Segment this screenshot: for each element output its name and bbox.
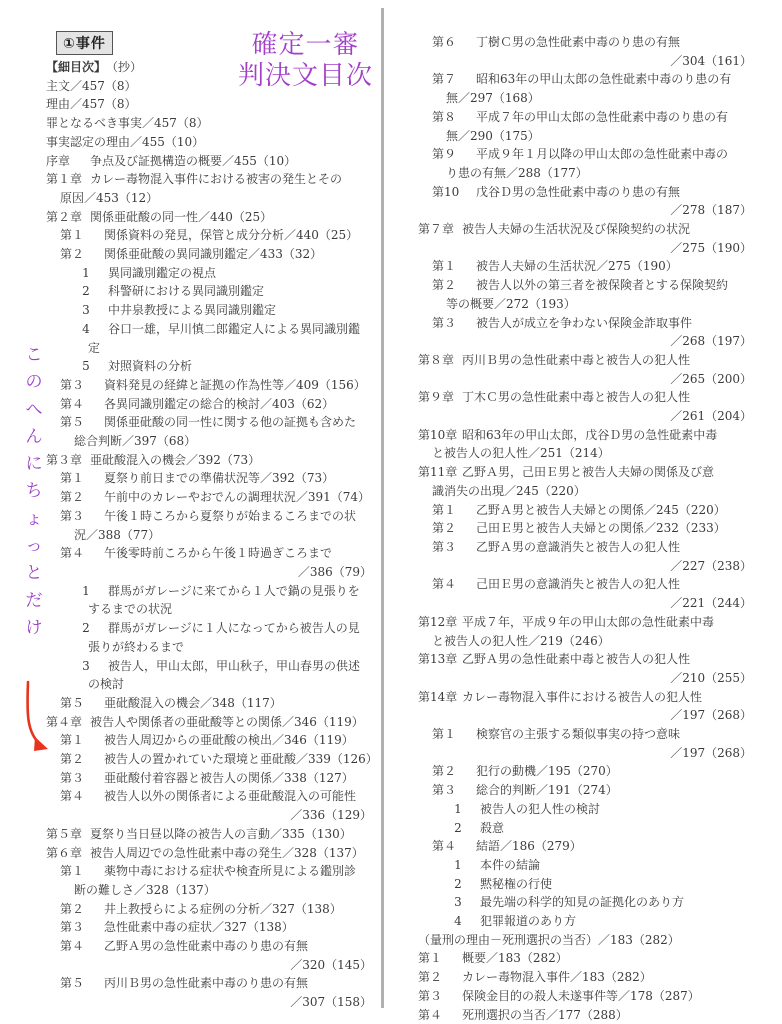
side-note-char: だ	[22, 588, 46, 615]
toc-entry-label: 4	[446, 912, 470, 931]
toc-entry-label: 第２	[432, 762, 476, 781]
toc-entry-label: 第１	[60, 731, 104, 750]
toc-entry-label: 第５章	[46, 825, 90, 844]
toc-entry: 第４各異同識別鑑定の総合的検討／403（62）	[46, 395, 376, 414]
toc-entry-text: と被告人の犯人性／251（214）	[432, 446, 610, 460]
toc-entry: 第６丁樹Ｃ男の急性砒素中毒のり患の有無	[418, 33, 756, 52]
toc-entry-label: 第４章	[46, 713, 90, 732]
toc-entry: 無／290（175）	[418, 127, 756, 146]
toc-entry-label: 3	[446, 893, 470, 912]
side-note-char: の	[22, 369, 46, 396]
toc-entry: 3被告人，甲山太郎，甲山秋子，甲山春男の供述	[46, 657, 376, 676]
toc-entry-label: 第２	[60, 750, 104, 769]
toc-entry-label: 第２	[60, 488, 104, 507]
toc-entry-label: 2	[446, 875, 470, 894]
toc-entry-text: （抄）	[106, 60, 142, 74]
toc-entry-text: 概要／183（282）	[462, 951, 568, 965]
toc-entry: 第２被告人の置かれていた環境と亜砒酸／339（126）	[46, 750, 376, 769]
toc-entry: 2科警研における異同識別鑑定	[46, 282, 376, 301]
toc-entry-text: 午後１時ころから夏祭りが始まるころまでの状	[104, 509, 356, 523]
toc-entry-text: ／320（145）	[290, 958, 372, 972]
toc-entry-text: ／307（158）	[290, 995, 372, 1009]
toc-entry-text: 関係亜砒酸の異同識別鑑定／433（32）	[104, 247, 322, 261]
toc-entry: 第10戊谷Ｄ男の急性砒素中毒のり患の有無	[418, 183, 756, 202]
toc-entry-text: 争点及び証拠構造の概要／455（10）	[90, 154, 296, 168]
toc-entry-text: カレー毒物混入事件における被告人の犯人性	[462, 690, 702, 704]
toc-entry-text: 亜砒酸付着容器と被告人の関係／338（127）	[104, 771, 354, 785]
toc-entry-label: 5	[74, 357, 98, 376]
toc-entry-text: 定	[88, 341, 100, 355]
toc-list-left: 【細目次】（抄）主文／457（8）理由／457（8）罪となるべき事実／457（8…	[46, 58, 376, 1012]
toc-entry-label: 第２	[60, 900, 104, 919]
toc-entry-label: 第４	[418, 1006, 462, 1024]
toc-entry-text: 被告人以外の第三者を被保険者とする保険契約	[476, 278, 728, 292]
toc-entry-label: 第８章	[418, 351, 462, 370]
toc-entry-text: ／265（200）	[670, 372, 752, 386]
side-note-char: こ	[22, 342, 46, 369]
toc-entry: 第４被告人以外の関係者による亜砒酸混入の可能性	[46, 787, 376, 806]
toc-entry-label: 第13章	[418, 650, 462, 669]
toc-entry: 【細目次】（抄）	[46, 58, 376, 77]
toc-entry: 断の難しさ／328（137）	[46, 881, 376, 900]
toc-entry: ／386（79）	[46, 563, 376, 582]
toc-entry-text: 最先端の科学的知見の証拠化のあり方	[480, 895, 684, 909]
toc-entry-text: 関係資料の発見，保管と成分分析／440（25）	[104, 228, 358, 242]
toc-entry-text: 犯罪報道のあり方	[480, 914, 576, 928]
toc-entry-label: 1	[446, 800, 470, 819]
toc-entry: 第13章乙野Ａ男の急性砒素中毒と被告人の犯人性	[418, 650, 756, 669]
toc-entry-label: 序章	[46, 152, 90, 171]
toc-entry: ／307（158）	[46, 993, 376, 1012]
side-note-char: へ	[22, 397, 46, 424]
toc-entry: 第５関係亜砒酸の同一性に関する他の証拠も含めた	[46, 413, 376, 432]
toc-entry-text: 結語／186（279）	[476, 839, 582, 853]
toc-entry: 識消失の出現／245（220）	[418, 482, 756, 501]
toc-entry-text: 被告人周辺での急性砒素中毒の発生／328（137）	[90, 846, 364, 860]
toc-entry-label: 第３	[418, 987, 462, 1006]
toc-right-column: 第６丁樹Ｃ男の急性砒素中毒のり患の有無／304（161）第７昭和63年の甲山太郎…	[418, 33, 756, 1024]
toc-entry-text: 亜砒酸混入の機会／392（73）	[90, 453, 260, 467]
toc-entry-text: 断の難しさ／328（137）	[74, 883, 216, 897]
toc-entry: 第１薬物中毒における症状や検査所見による鑑別診	[46, 862, 376, 881]
toc-entry-text: カレー毒物混入事件における被害の発生とその	[90, 172, 342, 186]
toc-entry-label: 第１	[432, 501, 476, 520]
toc-entry-label: 第３	[432, 314, 476, 333]
toc-entry: 2群馬がガレージに１人になってから被告人の見	[46, 619, 376, 638]
toc-entry-text: 被告人が成立を争わない保険金詐取事件	[476, 316, 692, 330]
toc-entry-label: 第１	[60, 226, 104, 245]
toc-entry: 総合判断／397（68）	[46, 432, 376, 451]
toc-entry: 4犯罪報道のあり方	[418, 912, 756, 931]
toc-entry-label: 第10	[432, 183, 476, 202]
toc-entry: 第１被告人周辺からの亜砒酸の検出／346（119）	[46, 731, 376, 750]
toc-left-column: ①事件 【細目次】（抄）主文／457（8）理由／457（8）罪となるべき事実／4…	[46, 31, 376, 1012]
toc-entry: 第１乙野Ａ男と被告人夫婦との関係／245（220）	[418, 501, 756, 520]
toc-entry-text: 罪となるべき事実／457（8）	[46, 116, 209, 130]
toc-entry-text: 被告人や関係者の亜砒酸等との関係／346（119）	[90, 715, 364, 729]
toc-entry-text: 被告人以外の関係者による亜砒酸混入の可能性	[104, 789, 356, 803]
toc-entry-text: 被告人周辺からの亜砒酸の検出／346（119）	[104, 733, 354, 747]
toc-entry: ／210（255）	[418, 669, 756, 688]
toc-entry-text: 異同識別鑑定の視点	[108, 266, 216, 280]
toc-entry-text: 事実認定の理由／455（10）	[46, 135, 204, 149]
toc-entry-label: 第３	[432, 781, 476, 800]
toc-entry: 第３保険金目的の殺人未遂事件等／178（287）	[418, 987, 756, 1006]
toc-entry-label: 3	[74, 301, 98, 320]
toc-entry-text: 薬物中毒における症状や検査所見による鑑別診	[104, 864, 356, 878]
toc-entry-text: 谷口一雄，早川慎二郎鑑定人による異同識別鑑	[108, 322, 360, 336]
toc-entry: 第３急性砒素中毒の症状／327（138）	[46, 918, 376, 937]
toc-entry-text: ／261（204）	[670, 409, 752, 423]
toc-entry-text: 乙野Ａ男と被告人夫婦との関係／245（220）	[476, 503, 726, 517]
toc-entry-text: 急性砒素中毒の症状／327（138）	[104, 920, 294, 934]
toc-entry: 第12章平成７年，平成９年の甲山太郎の急性砒素中毒	[418, 613, 756, 632]
toc-entry: 第１検察官の主張する類似事実の持つ意味	[418, 725, 756, 744]
toc-entry-label: 第２	[432, 276, 476, 295]
toc-entry: 第８平成７年の甲山太郎の急性砒素中毒のり患の有	[418, 108, 756, 127]
toc-entry: 3中井泉教授による異同識別鑑定	[46, 301, 376, 320]
toc-entry: 第３亜砒酸付着容器と被告人の関係／338（127）	[46, 769, 376, 788]
side-note-char: と	[22, 560, 46, 587]
toc-entry: 1本件の結論	[418, 856, 756, 875]
toc-entry-text: 乙野Ａ男の意識消失と被告人の犯人性	[476, 540, 680, 554]
toc-entry-text: 平成７年の甲山太郎の急性砒素中毒のり患の有	[476, 110, 728, 124]
toc-entry-text: ／197（268）	[670, 746, 752, 760]
toc-entry-label: 第２	[60, 245, 104, 264]
toc-entry: 定	[46, 339, 376, 358]
toc-entry: 1異同識別鑑定の視点	[46, 264, 376, 283]
toc-entry: ／261（204）	[418, 407, 756, 426]
toc-entry-text: 各異同識別鑑定の総合的検討／403（62）	[104, 397, 334, 411]
toc-entry-label: 1	[74, 582, 98, 601]
toc-entry-label: 1	[446, 856, 470, 875]
toc-entry: 第１関係資料の発見，保管と成分分析／440（25）	[46, 226, 376, 245]
toc-entry-label: 第１	[432, 725, 476, 744]
toc-entry: 理由／457（8）	[46, 95, 376, 114]
toc-entry-label: 第４	[432, 575, 476, 594]
toc-entry-text: 丁木Ｃ男の急性砒素中毒と被告人の犯人性	[462, 390, 690, 404]
toc-entry: ／268（197）	[418, 332, 756, 351]
side-note-char: ん	[22, 424, 46, 451]
toc-entry-text: カレー毒物混入事件／183（282）	[462, 970, 652, 984]
toc-entry-label: 第６章	[46, 844, 90, 863]
toc-entry: 第９平成９年１月以降の甲山太郎の急性砒素中毒の	[418, 145, 756, 164]
toc-entry: 張りが終わるまで	[46, 638, 376, 657]
toc-entry-text: 死刑選択の当否／177（288）	[462, 1008, 628, 1022]
toc-entry: 第３被告人が成立を争わない保険金詐取事件	[418, 314, 756, 333]
toc-entry: ／278（187）	[418, 201, 756, 220]
toc-entry-label: 第12章	[418, 613, 462, 632]
toc-entry: 第２己田Ｅ男と被告人夫婦との関係／232（233）	[418, 519, 756, 538]
toc-entry-text: 無／290（175）	[446, 129, 540, 143]
toc-entry-text: 関係亜砒酸の同一性／440（25）	[90, 210, 272, 224]
toc-entry-label: 第１	[418, 949, 462, 968]
toc-entry: ／221（244）	[418, 594, 756, 613]
toc-entry-text: 被告人夫婦の生活状況／275（190）	[476, 259, 678, 273]
toc-entry-text: 総合判断／397（68）	[74, 434, 196, 448]
toc-entry: 第４章被告人や関係者の亜砒酸等との関係／346（119）	[46, 713, 376, 732]
toc-entry-text: ／304（161）	[670, 54, 752, 68]
toc-entry: 1群馬がガレージに来てから１人で鍋の見張りを	[46, 582, 376, 601]
toc-entry-label: 2	[74, 282, 98, 301]
toc-entry-text: 検察官の主張する類似事実の持つ意味	[476, 727, 680, 741]
toc-entry-text: 平成７年，平成９年の甲山太郎の急性砒素中毒	[462, 615, 714, 629]
toc-entry-label: 第２	[418, 968, 462, 987]
toc-entry-text: 識消失の出現／245（220）	[432, 484, 586, 498]
toc-entry: 第８章丙川Ｂ男の急性砒素中毒と被告人の犯人性	[418, 351, 756, 370]
toc-entry-text: ／210（255）	[670, 671, 752, 685]
toc-entry: 第３乙野Ａ男の意識消失と被告人の犯人性	[418, 538, 756, 557]
toc-entry: 第７章被告人夫婦の生活状況及び保険契約の状況	[418, 220, 756, 239]
toc-entry-label: 第７	[432, 70, 476, 89]
toc-entry: ／197（268）	[418, 744, 756, 763]
toc-entry-text: ／227（238）	[670, 559, 752, 573]
toc-entry-label: 2	[446, 819, 470, 838]
toc-entry-text: 昭和63年の甲山太郎，戊谷Ｄ男の急性砒素中毒	[462, 428, 717, 442]
side-note-char: っ	[22, 533, 46, 560]
toc-entry-label: 第３	[60, 769, 104, 788]
section-label: ①事件	[56, 31, 113, 55]
toc-entry: 第７昭和63年の甲山太郎の急性砒素中毒のり患の有	[418, 70, 756, 89]
toc-entry-label: 第５	[60, 974, 104, 993]
toc-entry-text: と被告人の犯人性／219（246）	[432, 634, 610, 648]
toc-entry-label: 3	[74, 657, 98, 676]
toc-entry: 事実認定の理由／455（10）	[46, 133, 376, 152]
toc-entry-text: 張りが終わるまで	[88, 640, 184, 654]
toc-entry: の検討	[46, 675, 376, 694]
toc-entry: 第３資料発見の経緯と証拠の作為性等／409（156）	[46, 376, 376, 395]
toc-entry: 罪となるべき事実／457（8）	[46, 114, 376, 133]
toc-entry: 第１章カレー毒物混入事件における被害の発生とその	[46, 170, 376, 189]
toc-entry-text: り患の有無／288（177）	[446, 166, 588, 180]
toc-entry-label: 第14章	[418, 688, 462, 707]
toc-entry-label: 第５	[60, 413, 104, 432]
toc-entry: 3最先端の科学的知見の証拠化のあり方	[418, 893, 756, 912]
toc-entry-label: 第４	[60, 544, 104, 563]
side-note-char: ち	[22, 478, 46, 505]
toc-entry-text: 主文／457（8）	[46, 79, 137, 93]
toc-entry-label: 第６	[432, 33, 476, 52]
toc-entry-text: 乙野Ａ男，己田Ｅ男と被告人夫婦の関係及び意	[462, 465, 714, 479]
toc-entry-label: 第９章	[418, 388, 462, 407]
toc-entry-text: 丙川Ｂ男の急性砒素中毒のり患の有無	[104, 976, 308, 990]
toc-entry-label: 第７章	[418, 220, 462, 239]
toc-entry-text: 己田Ｅ男の意識消失と被告人の犯人性	[476, 577, 680, 591]
toc-entry-text: の検討	[88, 677, 124, 691]
toc-entry-text: 丙川Ｂ男の急性砒素中毒と被告人の犯人性	[462, 353, 690, 367]
toc-entry-label: 第５	[60, 694, 104, 713]
toc-entry-label: 第10章	[418, 426, 462, 445]
toc-entry-text: 己田Ｅ男と被告人夫婦との関係／232（233）	[476, 521, 726, 535]
toc-entry-text: 夏祭り前日までの準備状況等／392（73）	[104, 471, 334, 485]
toc-entry-label: 1	[74, 264, 98, 283]
toc-entry-text: 平成９年１月以降の甲山太郎の急性砒素中毒の	[476, 147, 728, 161]
toc-entry-label: 第３章	[46, 451, 90, 470]
toc-entry: ／197（268）	[418, 706, 756, 725]
toc-entry: 2黙秘権の行使	[418, 875, 756, 894]
toc-entry: 第９章丁木Ｃ男の急性砒素中毒と被告人の犯人性	[418, 388, 756, 407]
toc-entry: 第４死刑選択の当否／177（288）	[418, 1006, 756, 1024]
toc-entry-label: 第２	[432, 519, 476, 538]
toc-entry-label: 第１章	[46, 170, 90, 189]
toc-entry: 第２犯行の動機／195（270）	[418, 762, 756, 781]
toc-entry-label: 第３	[60, 507, 104, 526]
toc-entry-text: （量刑の理由－死刑選択の当否）／183（282）	[418, 933, 680, 947]
toc-entry: 等の概要／272（193）	[418, 295, 756, 314]
toc-entry: 第10章昭和63年の甲山太郎，戊谷Ｄ男の急性砒素中毒	[418, 426, 756, 445]
toc-entry-label: 第８	[432, 108, 476, 127]
toc-entry: 第３総合的判断／191（274）	[418, 781, 756, 800]
toc-entry-text: 被告人夫婦の生活状況及び保険契約の状況	[462, 222, 690, 236]
toc-entry-text: 資料発見の経緯と証拠の作為性等／409（156）	[104, 378, 366, 392]
toc-entry: 第４己田Ｅ男の意識消失と被告人の犯人性	[418, 575, 756, 594]
toc-entry-label: 第２章	[46, 208, 90, 227]
toc-entry-text: 原因／453（12）	[60, 191, 158, 205]
toc-entry: 第14章カレー毒物混入事件における被告人の犯人性	[418, 688, 756, 707]
toc-entry-label: 第11章	[418, 463, 462, 482]
handwritten-side-note: このへんにちょっとだけ	[22, 342, 46, 642]
toc-entry-label: 第４	[60, 395, 104, 414]
toc-entry: 原因／453（12）	[46, 189, 376, 208]
toc-entry: 第５章夏祭り当日昼以降の被告人の言動／335（130）	[46, 825, 376, 844]
toc-entry: 第１概要／183（282）	[418, 949, 756, 968]
toc-entry: 第１夏祭り前日までの準備状況等／392（73）	[46, 469, 376, 488]
toc-entry: と被告人の犯人性／219（246）	[418, 632, 756, 651]
toc-entry-label: 【細目次】	[46, 58, 106, 77]
toc-entry-text: ／268（197）	[670, 334, 752, 348]
toc-entry: 第２井上教授らによる症例の分析／327（138）	[46, 900, 376, 919]
toc-entry: 第４乙野Ａ男の急性砒素中毒のり患の有無	[46, 937, 376, 956]
toc-entry-label: 第４	[60, 787, 104, 806]
column-divider	[381, 8, 384, 1008]
side-note-char: け	[22, 615, 46, 642]
toc-entry: 第２カレー毒物混入事件／183（282）	[418, 968, 756, 987]
toc-entry: 況／388（77）	[46, 526, 376, 545]
toc-entry-text: 乙野Ａ男の急性砒素中毒のり患の有無	[104, 939, 308, 953]
toc-entry-text: 対照資料の分析	[108, 359, 192, 373]
toc-entry-text: ／386（79）	[298, 565, 372, 579]
toc-entry-label: 第９	[432, 145, 476, 164]
toc-entry-text: 乙野Ａ男の急性砒素中毒と被告人の犯人性	[462, 652, 690, 666]
toc-entry-text: 被告人，甲山太郎，甲山秋子，甲山春男の供述	[108, 659, 360, 673]
toc-entry-text: 被告人の置かれていた環境と亜砒酸／339（126）	[104, 752, 378, 766]
toc-entry: 第５亜砒酸混入の機会／348（117）	[46, 694, 376, 713]
side-note-char: に	[22, 451, 46, 478]
toc-entry-label: 第１	[432, 257, 476, 276]
toc-entry-text: 犯行の動機／195（270）	[476, 764, 618, 778]
toc-entry-text: 況／388（77）	[74, 528, 160, 542]
toc-entry-text: 関係亜砒酸の同一性に関する他の証拠も含めた	[104, 415, 356, 429]
toc-entry-text: 科警研における異同識別鑑定	[108, 284, 264, 298]
toc-entry-text: ／197（268）	[670, 708, 752, 722]
toc-entry-text: 午後零時前ころから午後１時過ぎころまで	[104, 546, 332, 560]
toc-entry: ／336（129）	[46, 806, 376, 825]
toc-entry: 1被告人の犯人性の検討	[418, 800, 756, 819]
toc-entry: ／265（200）	[418, 370, 756, 389]
document-page: 確定一審 判決文目次 このへんにちょっとだけ ①事件 【細目次】（抄）主文／45…	[0, 0, 782, 1024]
toc-entry: 第３章亜砒酸混入の機会／392（73）	[46, 451, 376, 470]
toc-entry: 第４結語／186（279）	[418, 837, 756, 856]
toc-entry-label: 2	[74, 619, 98, 638]
toc-entry-text: 本件の結論	[480, 858, 540, 872]
toc-entry-text: 理由／457（8）	[46, 97, 137, 111]
toc-entry: ／227（238）	[418, 557, 756, 576]
toc-entry-text: 殺意	[480, 821, 504, 835]
toc-entry-text: 午前中のカレーやおでんの調理状況／391（74）	[104, 490, 370, 504]
toc-entry-label: 第４	[60, 937, 104, 956]
toc-entry-text: ／221（244）	[670, 596, 752, 610]
toc-entry-label: 第３	[432, 538, 476, 557]
toc-entry-text: ／278（187）	[670, 203, 752, 217]
toc-entry-text: 昭和63年の甲山太郎の急性砒素中毒のり患の有	[476, 72, 731, 86]
toc-entry-text: 夏祭り当日昼以降の被告人の言動／335（130）	[90, 827, 352, 841]
toc-list-right: 第６丁樹Ｃ男の急性砒素中毒のり患の有無／304（161）第７昭和63年の甲山太郎…	[418, 33, 756, 1024]
toc-entry-text: 亜砒酸混入の機会／348（117）	[104, 696, 282, 710]
toc-entry: 第３午後１時ころから夏祭りが始まるころまでの状	[46, 507, 376, 526]
toc-entry-text: 総合的判断／191（274）	[476, 783, 618, 797]
toc-entry-text: 丁樹Ｃ男の急性砒素中毒のり患の有無	[476, 35, 680, 49]
toc-entry: 第11章乙野Ａ男，己田Ｅ男と被告人夫婦の関係及び意	[418, 463, 756, 482]
toc-entry: 無／297（168）	[418, 89, 756, 108]
toc-entry: り患の有無／288（177）	[418, 164, 756, 183]
toc-entry: ／320（145）	[46, 956, 376, 975]
toc-entry-text: 無／297（168）	[446, 91, 540, 105]
toc-entry-label: 第４	[432, 837, 476, 856]
toc-entry: するまでの状況	[46, 600, 376, 619]
toc-entry-label: 第１	[60, 469, 104, 488]
toc-entry: 第５丙川Ｂ男の急性砒素中毒のり患の有無	[46, 974, 376, 993]
toc-entry-text: 被告人の犯人性の検討	[480, 802, 600, 816]
toc-entry-label: 4	[74, 320, 98, 339]
toc-entry: 4谷口一雄，早川慎二郎鑑定人による異同識別鑑	[46, 320, 376, 339]
toc-entry-text: ／275（190）	[670, 241, 752, 255]
toc-entry-text: 保険金目的の殺人未遂事件等／178（287）	[462, 989, 700, 1003]
toc-entry-text: 戊谷Ｄ男の急性砒素中毒のり患の有無	[476, 185, 680, 199]
toc-entry: 主文／457（8）	[46, 77, 376, 96]
toc-entry-text: 黙秘権の行使	[480, 877, 552, 891]
toc-entry: 第２章関係亜砒酸の同一性／440（25）	[46, 208, 376, 227]
toc-entry: ／304（161）	[418, 52, 756, 71]
toc-entry-text: 井上教授らによる症例の分析／327（138）	[104, 902, 342, 916]
toc-entry: 2殺意	[418, 819, 756, 838]
toc-entry: （量刑の理由－死刑選択の当否）／183（282）	[418, 931, 756, 950]
toc-entry-label: 第３	[60, 918, 104, 937]
toc-entry-text: するまでの状況	[88, 602, 172, 616]
toc-entry: ／275（190）	[418, 239, 756, 258]
toc-entry: 序章争点及び証拠構造の概要／455（10）	[46, 152, 376, 171]
toc-entry-text: 等の概要／272（193）	[446, 297, 576, 311]
toc-entry-label: 第１	[60, 862, 104, 881]
toc-entry: 5対照資料の分析	[46, 357, 376, 376]
toc-entry: 第６章被告人周辺での急性砒素中毒の発生／328（137）	[46, 844, 376, 863]
toc-entry-label: 第３	[60, 376, 104, 395]
toc-entry: と被告人の犯人性／251（214）	[418, 444, 756, 463]
toc-entry: 第１被告人夫婦の生活状況／275（190）	[418, 257, 756, 276]
toc-entry-text: ／336（129）	[290, 808, 372, 822]
toc-entry-text: 群馬がガレージに１人になってから被告人の見	[108, 621, 360, 635]
toc-entry: 第２関係亜砒酸の異同識別鑑定／433（32）	[46, 245, 376, 264]
toc-entry: 第２被告人以外の第三者を被保険者とする保険契約	[418, 276, 756, 295]
toc-entry: 第２午前中のカレーやおでんの調理状況／391（74）	[46, 488, 376, 507]
side-note-char: ょ	[22, 506, 46, 533]
toc-entry: 第４午後零時前ころから午後１時過ぎころまで	[46, 544, 376, 563]
toc-entry-text: 群馬がガレージに来てから１人で鍋の見張りを	[108, 584, 360, 598]
toc-entry-text: 中井泉教授による異同識別鑑定	[108, 303, 276, 317]
